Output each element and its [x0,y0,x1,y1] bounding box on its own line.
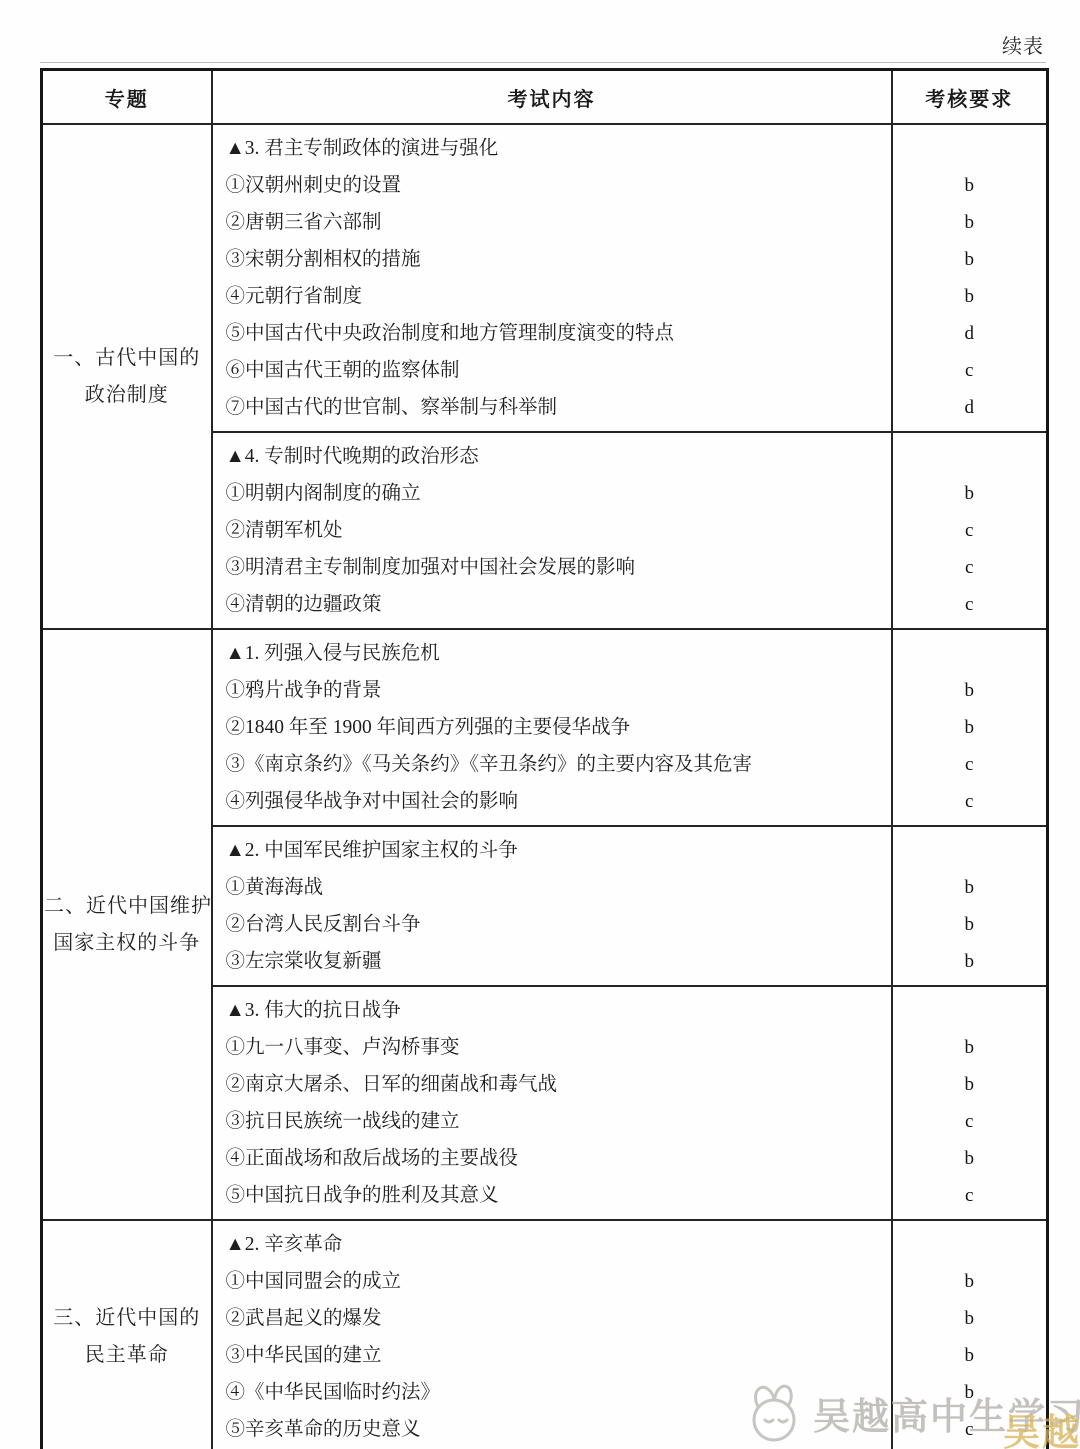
requirement-cell: bbbbdcd [892,124,1048,432]
requirement-value: b [893,278,1047,315]
exam-item: ①明朝内阁制度的确立 [226,475,891,512]
block-title: ▲3. 伟大的抗日战争 [226,992,891,1029]
topic-label-line: 政治制度 [44,377,210,414]
exam-item: ③左宗棠收复新疆 [226,943,891,980]
exam-item: ④《中华民国临时约法》 [226,1374,891,1411]
requirement-value: d [893,315,1047,352]
requirement-value: b [893,475,1047,512]
requirement-value: c [893,512,1047,549]
requirement-value: b [893,709,1047,746]
requirement-spacer [893,635,1047,672]
requirement-value: b [893,1263,1047,1300]
exam-item: ②唐朝三省六部制 [226,204,891,241]
block-title: ▲1. 列强入侵与民族危机 [226,635,891,672]
table-row: 一、古代中国的政治制度▲3. 君主专制政体的演进与强化①汉朝州刺史的设置②唐朝三… [42,124,1048,432]
exam-item: ④正面战场和敌后战场的主要战役 [226,1140,891,1177]
requirement-value: b [893,241,1047,278]
requirement-spacer [893,130,1047,167]
topic-cell: 二、近代中国维护国家主权的斗争 [42,629,212,1220]
requirement-cell: bbb [892,826,1048,986]
block-title: ▲4. 专制时代晚期的政治形态 [226,438,891,475]
requirement-value: b [893,167,1047,204]
requirement-value: b [893,1374,1047,1411]
exam-item: ⑦中国古代的世官制、察举制与科举制 [226,389,891,426]
topic-label-line: 二、近代中国维护 [44,888,210,925]
exam-item: ①鸦片战争的背景 [226,672,891,709]
block-title: ▲2. 中国军民维护国家主权的斗争 [226,832,891,869]
requirement-value: c [893,549,1047,586]
requirement-value: c [893,1177,1047,1214]
requirement-value: d [893,389,1047,426]
topic-label-line: 国家主权的斗争 [44,925,210,962]
exam-item: ①中国同盟会的成立 [226,1263,891,1300]
table-row: 二、近代中国维护国家主权的斗争▲1. 列强入侵与民族危机①鸦片战争的背景②184… [42,629,1048,826]
requirement-cell: bbcc [892,629,1048,826]
syllabus-table: 专题 考试内容 考核要求 一、古代中国的政治制度▲3. 君主专制政体的演进与强化… [40,68,1049,1449]
exam-item: ③抗日民族统一战线的建立 [226,1103,891,1140]
requirement-value: c [893,586,1047,623]
requirement-cell: bbcbc [892,986,1048,1220]
requirement-value: b [893,672,1047,709]
requirement-value: c [893,1411,1047,1448]
topic-label-line: 三、近代中国的 [44,1300,210,1337]
exam-item: ⑤辛亥革命的历史意义 [226,1411,891,1448]
topic-cell: 三、近代中国的民主革命 [42,1220,212,1449]
requirement-value: b [893,869,1047,906]
requirement-value: b [893,1300,1047,1337]
exam-item: ②1840 年至 1900 年间西方列强的主要侵华战争 [226,709,891,746]
content-cell: ▲1. 列强入侵与民族危机①鸦片战争的背景②1840 年至 1900 年间西方列… [212,629,892,826]
requirement-spacer [893,438,1047,475]
table-header: 专题 考试内容 考核要求 [42,70,1048,125]
header-content: 考试内容 [212,70,892,125]
block-title: ▲3. 君主专制政体的演进与强化 [226,130,891,167]
header-topic: 专题 [42,70,212,125]
header-row: 专题 考试内容 考核要求 [42,70,1048,125]
requirement-value: b [893,906,1047,943]
continuation-label: 续表 [1002,30,1044,59]
requirement-value: c [893,746,1047,783]
exam-item: ⑤中国抗日战争的胜利及其意义 [226,1177,891,1214]
content-cell: ▲2. 辛亥革命①中国同盟会的成立②武昌起义的爆发③中华民国的建立④《中华民国临… [212,1220,892,1449]
exam-item: ②台湾人民反割台斗争 [226,906,891,943]
table-row: 三、近代中国的民主革命▲2. 辛亥革命①中国同盟会的成立②武昌起义的爆发③中华民… [42,1220,1048,1449]
exam-item: ②南京大屠杀、日军的细菌战和毒气战 [226,1066,891,1103]
requirement-spacer [893,1226,1047,1263]
exam-item: ①汉朝州刺史的设置 [226,167,891,204]
exam-item: ②武昌起义的爆发 [226,1300,891,1337]
content-cell: ▲3. 君主专制政体的演进与强化①汉朝州刺史的设置②唐朝三省六部制③宋朝分割相权… [212,124,892,432]
exam-item: ④元朝行省制度 [226,278,891,315]
topic-cell: 一、古代中国的政治制度 [42,124,212,629]
syllabus-table-body: 一、古代中国的政治制度▲3. 君主专制政体的演进与强化①汉朝州刺史的设置②唐朝三… [42,124,1048,1449]
topic-label-line: 民主革命 [44,1337,210,1374]
requirement-spacer [893,832,1047,869]
exam-item: ⑥中国古代王朝的监察体制 [226,352,891,389]
requirement-value: b [893,204,1047,241]
content-cell: ▲2. 中国军民维护国家主权的斗争①黄海海战②台湾人民反割台斗争③左宗棠收复新疆 [212,826,892,986]
exam-item: ①九一八事变、卢沟桥事变 [226,1029,891,1066]
content-cell: ▲3. 伟大的抗日战争①九一八事变、卢沟桥事变②南京大屠杀、日军的细菌战和毒气战… [212,986,892,1220]
requirement-cell: bbbbc [892,1220,1048,1449]
requirement-value: b [893,1029,1047,1066]
exam-item: ③宋朝分割相权的措施 [226,241,891,278]
exam-item: ③中华民国的建立 [226,1337,891,1374]
document-page: 续表 专题 考试内容 考核要求 一、古代中国的政治制度▲3. 君主专制政体的演进… [0,0,1080,1449]
exam-item: ③《南京条约》《马关条约》《辛丑条约》的主要内容及其危害 [226,746,891,783]
block-title: ▲2. 辛亥革命 [226,1226,891,1263]
exam-item: ④清朝的边疆政策 [226,586,891,623]
requirement-value: b [893,1140,1047,1177]
requirement-value: c [893,1103,1047,1140]
requirement-value: c [893,783,1047,820]
content-cell: ▲4. 专制时代晚期的政治形态①明朝内阁制度的确立②清朝军机处③明清君主专制制度… [212,432,892,629]
exam-item: ④列强侵华战争对中国社会的影响 [226,783,891,820]
requirement-cell: bccc [892,432,1048,629]
requirement-spacer [893,992,1047,1029]
exam-item: ①黄海海战 [226,869,891,906]
requirement-value: b [893,1066,1047,1103]
requirement-value: c [893,352,1047,389]
topic-label-line: 一、古代中国的 [44,340,210,377]
exam-item: ②清朝军机处 [226,512,891,549]
table-top-rule [40,62,1046,63]
header-requirement: 考核要求 [892,70,1048,125]
exam-item: ⑤中国古代中央政治制度和地方管理制度演变的特点 [226,315,891,352]
requirement-value: b [893,1337,1047,1374]
exam-item: ③明清君主专制制度加强对中国社会发展的影响 [226,549,891,586]
requirement-value: b [893,943,1047,980]
